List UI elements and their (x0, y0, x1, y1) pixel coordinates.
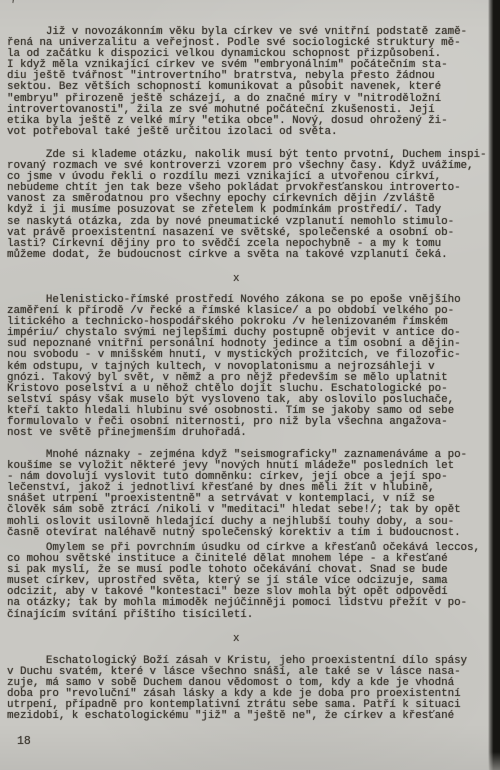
scan-artifact-mark: ' (8, 0, 17, 12)
paragraph-5: Omylem se při povrchním úsudku od církve… (7, 543, 493, 621)
section-separator-2: x (233, 634, 239, 645)
page-number: 18 (17, 736, 31, 748)
section-separator-1: x (233, 274, 239, 285)
paragraph-1: Již v novozákonním věku byla církev ve s… (7, 27, 493, 138)
paragraph-4: Mnohé náznaky - zejména když "seismograf… (7, 450, 493, 539)
paragraph-6: Eschatologický Boží zásah v Kristu, jeho… (7, 656, 493, 723)
paragraph-2: Zde si klademe otázku, nakolik musí být … (7, 150, 493, 261)
scan-edge-shadow (488, 0, 500, 770)
scanned-document-page: ' Již v novozákonním věku byla církev ve… (0, 0, 500, 770)
paragraph-3: Helenisticko-římské prostředí Nového zák… (7, 295, 493, 439)
